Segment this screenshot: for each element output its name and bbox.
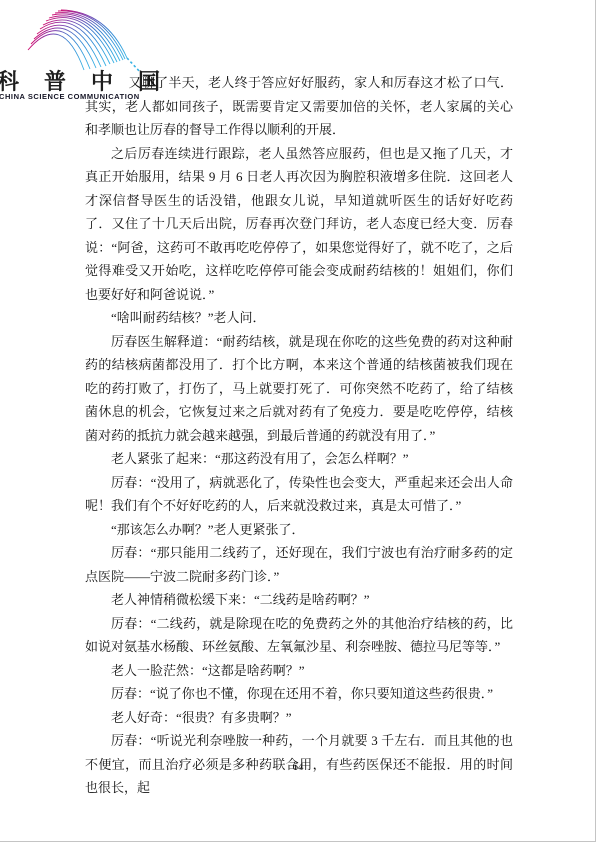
paragraph: 厉春：“说了你也不懂，你现在还用不着，你只要知道这些药很贵．” [85,682,513,706]
paragraph: 老人一脸茫然：“这都是啥药啊？” [85,659,513,683]
paragraph: 老人紧张了起来：“那这药没有用了，会怎么样啊？” [85,447,513,471]
page-number: 64 [0,761,596,773]
paragraph: 厉春医生解释道：“耐药结核，就是现在你吃的这些免费的药对这种耐药的结核病菌都没用… [85,330,513,448]
paragraph: “啥叫耐药结核？”老人问． [85,306,513,330]
paragraph: 厉春：“二线药，就是除现在吃的免费药之外的其他治疗结核的药，比如说对氨基水杨酸、… [85,612,513,659]
paragraph: 又聊了半天，老人终于答应好好服药，家人和厉春这才松了口气．其实，老人都如同孩子，… [85,71,513,142]
document-page: 科普中国 CHINA SCIENCE COMMUNICATION 又聊了半天，老… [0,0,596,842]
paragraph: 老人神情稍微松缓下来：“二线药是啥药啊？” [85,588,513,612]
article-text: 又聊了半天，老人终于答应好好服药，家人和厉春这才松了口气．其实，老人都如同孩子，… [85,71,513,800]
paragraph: 之后厉春连续进行跟踪，老人虽然答应服药，但也是又拖了几天，才真正开始服用，结果 … [85,142,513,307]
swoosh-wave-icon [22,2,144,76]
paragraph: 老人好奇：“很贵？有多贵啊？” [85,706,513,730]
paragraph: “那该怎么办啊？”老人更紧张了． [85,518,513,542]
paragraph: 厉春：“没用了，病就恶化了，传染性也会变大，严重起来还会出人命呢！我们有个不好好… [85,471,513,518]
paragraph: 厉春：“那只能用二线药了，还好现在，我们宁波也有治疗耐多药的定点医院——宁波二院… [85,541,513,588]
